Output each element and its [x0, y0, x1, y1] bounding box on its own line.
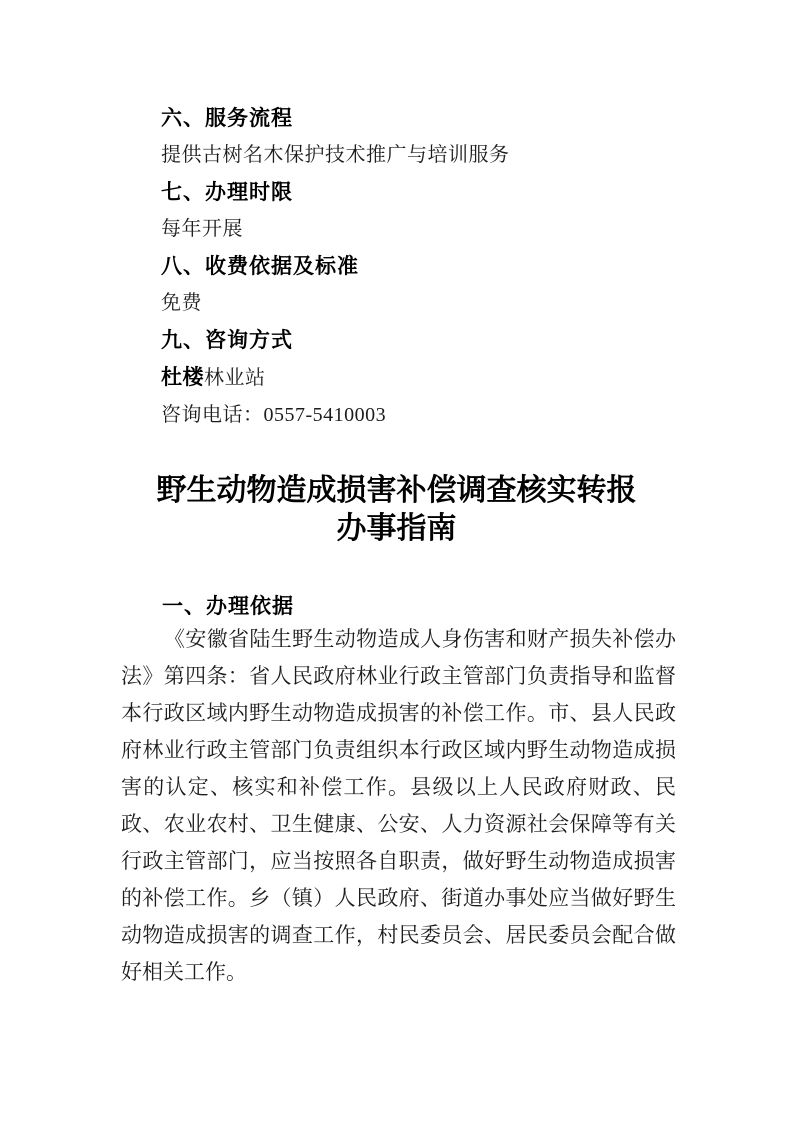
station-name-rest: 林业站	[204, 367, 266, 389]
document-title-line1: 野生动物造成损害补偿调查核实转报	[0, 472, 793, 510]
section-body-fee-basis: 免费	[161, 285, 693, 322]
guide-top-sections: 六、服务流程 提供古树名木保护技术推广与培训服务 七、办理时限 每年开展 八、收…	[161, 0, 693, 434]
section-body-time-limit: 每年开展	[161, 211, 693, 248]
legal-basis-paragraph: 《安徽省陆生野生动物造成人身伤害和财产损失补偿办法》第四条：省人民政府林业行政主…	[121, 621, 676, 991]
consult-phone-line: 咨询电话：0557-5410003	[161, 397, 693, 434]
document-title: 野生动物造成损害补偿调查核实转报 办事指南	[0, 472, 793, 548]
guide-new-section: 一、办理依据 《安徽省陆生野生动物造成人身伤害和财产损失补偿办法》第四条：省人民…	[121, 588, 676, 991]
section-heading-fee-basis: 八、收费依据及标准	[161, 248, 693, 285]
section-body-service-flow: 提供古树名木保护技术推广与培训服务	[161, 137, 693, 174]
document-title-line2: 办事指南	[0, 510, 793, 548]
station-name-bold: 杜楼	[161, 366, 204, 389]
section-heading-time-limit: 七、办理时限	[161, 174, 693, 211]
section-heading-service-flow: 六、服务流程	[161, 100, 693, 137]
section-heading-consult-method: 九、咨询方式	[161, 322, 693, 359]
document-page: 六、服务流程 提供古树名木保护技术推广与培训服务 七、办理时限 每年开展 八、收…	[0, 0, 793, 1122]
section-heading-legal-basis: 一、办理依据	[121, 588, 676, 625]
station-name-line: 杜楼林业站	[161, 359, 693, 397]
